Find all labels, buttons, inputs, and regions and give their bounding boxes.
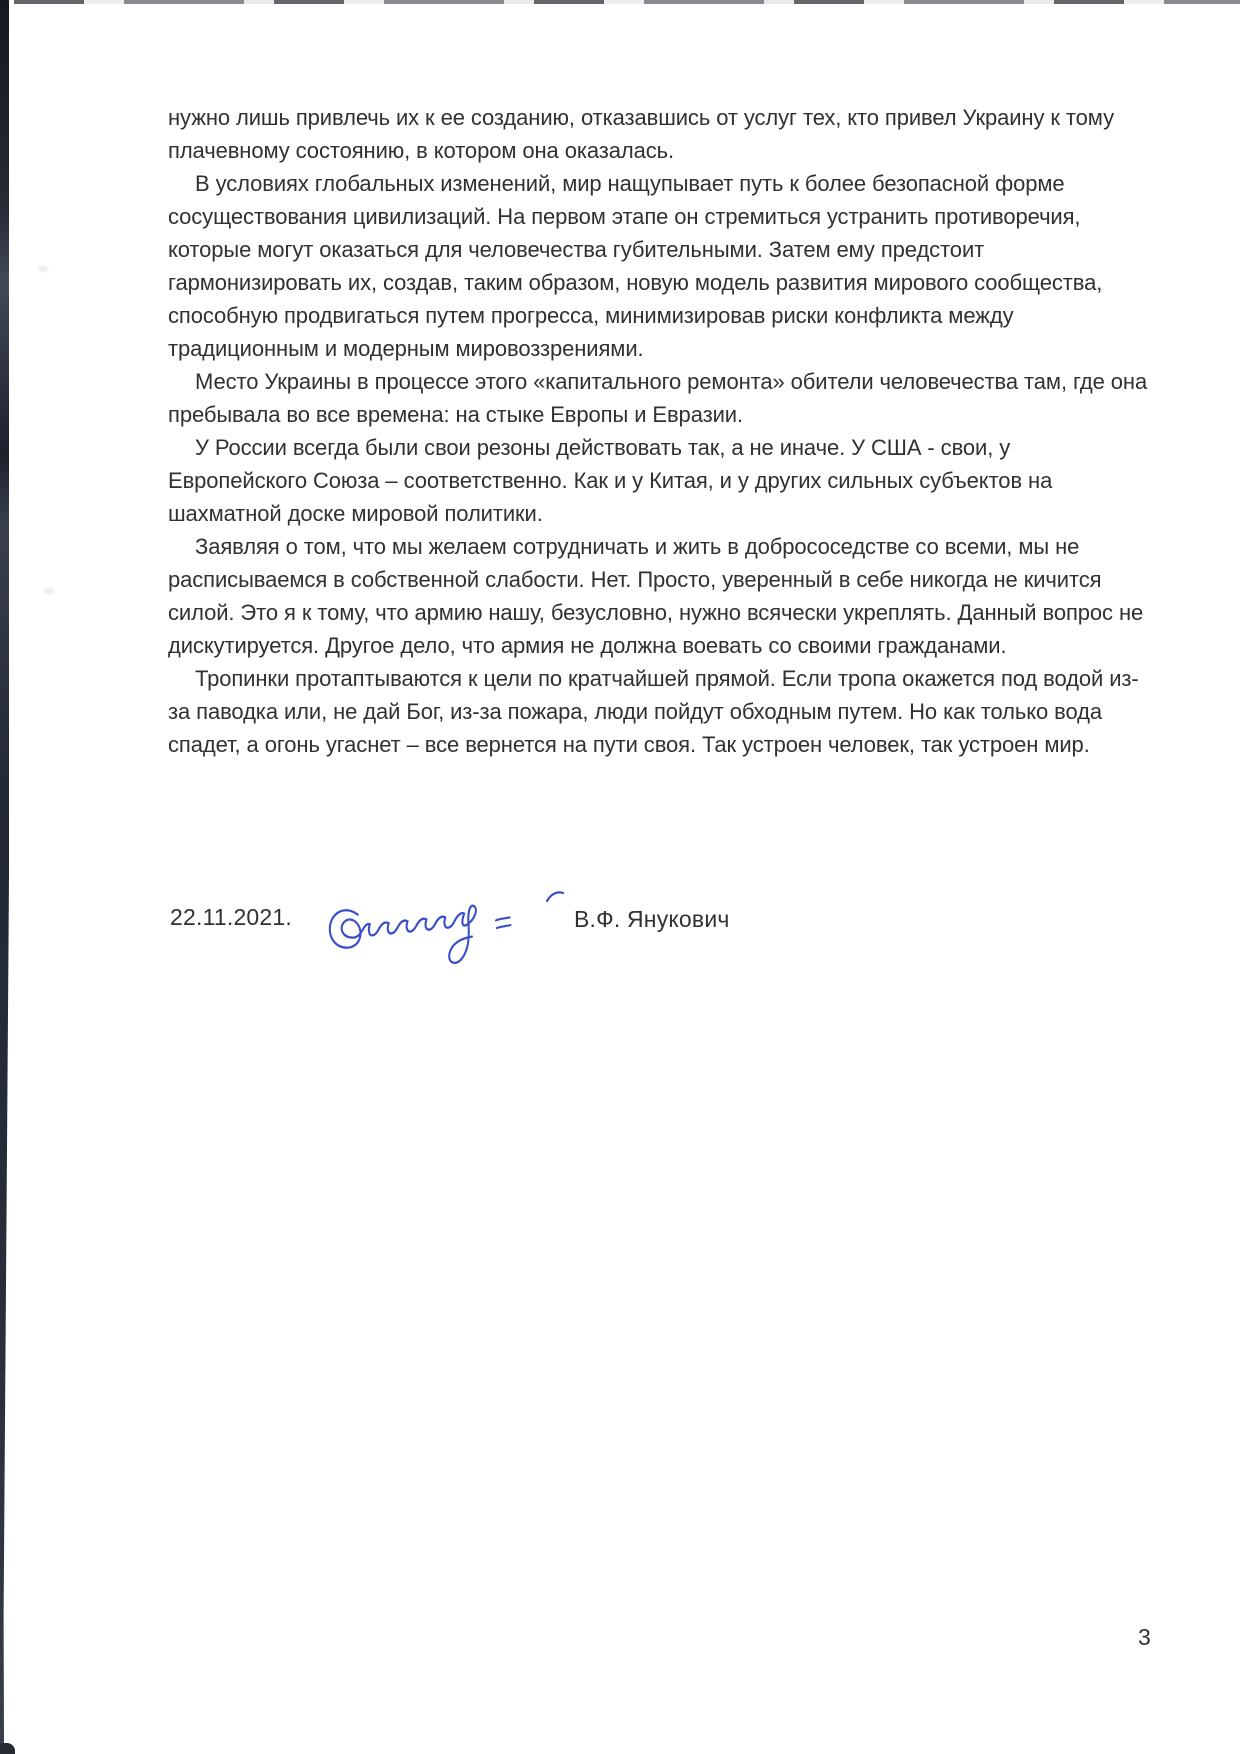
scan-artifact-speck (38, 266, 48, 272)
tick-stroke (547, 892, 563, 901)
signature-stroke-dash (496, 917, 511, 928)
paragraph: У России всегда были свои резоны действо… (168, 431, 1154, 530)
signature-stroke-main (330, 906, 476, 963)
page-number: 3 (1138, 1624, 1151, 1651)
scan-artifact-left-edge (0, 0, 9, 1754)
paragraph: Место Украины в процессе этого «капиталь… (168, 365, 1154, 431)
handwritten-signature-icon (320, 880, 526, 976)
scanned-document-page: нужно лишь привлечь их к ее созданию, от… (0, 0, 1240, 1754)
signature-tick-icon (545, 890, 565, 903)
signature-block: 22.11.2021. В.Ф. Янукович (0, 878, 1240, 978)
signatory-name: В.Ф. Янукович (574, 906, 730, 933)
scan-artifact-top-edge (14, 0, 1240, 4)
paragraph-continuation: нужно лишь привлечь их к ее созданию, от… (168, 101, 1154, 167)
paragraph: В условиях глобальных изменений, мир нащ… (168, 167, 1154, 365)
document-body: нужно лишь привлечь их к ее созданию, от… (168, 101, 1154, 761)
scan-artifact-bottom-corner (0, 1743, 15, 1754)
signature-date: 22.11.2021. (170, 904, 292, 931)
paragraph: Тропинки протаптываются к цели по кратча… (168, 662, 1154, 761)
paragraph: Заявляя о том, что мы желаем сотрудничат… (168, 530, 1154, 662)
scan-artifact-speck (44, 588, 54, 594)
